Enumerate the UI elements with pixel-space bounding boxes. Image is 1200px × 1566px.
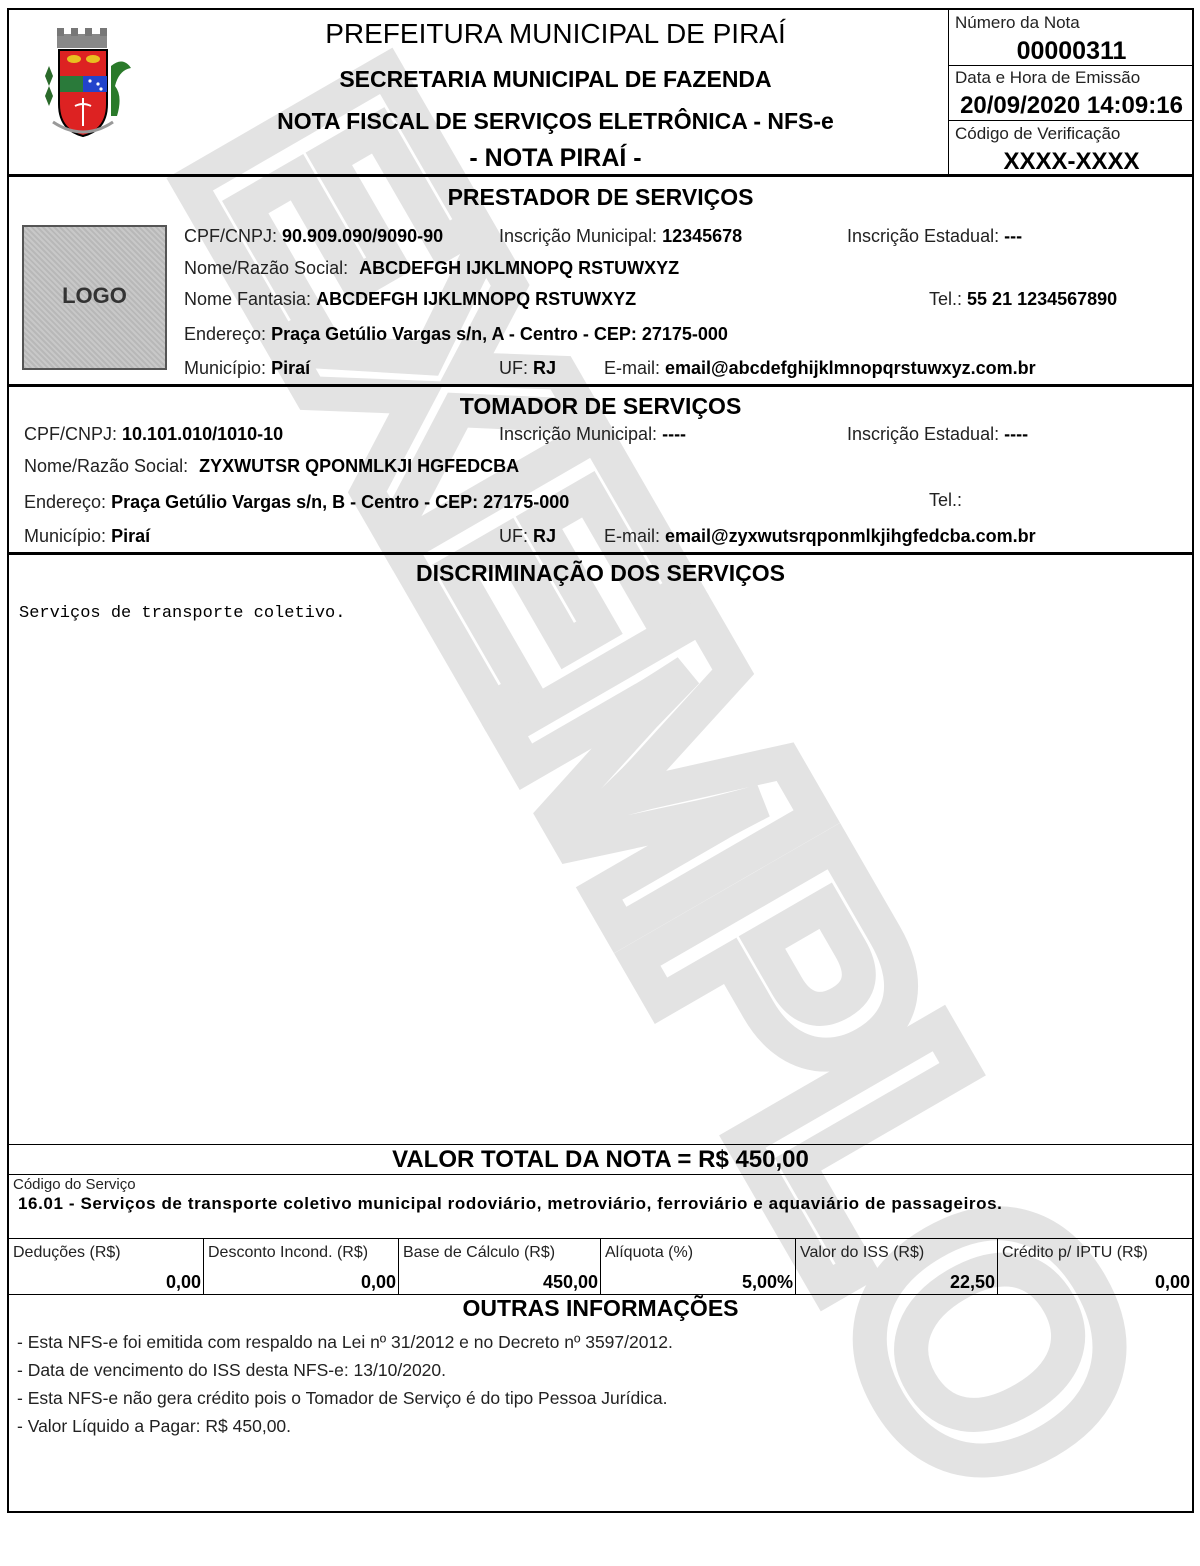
tomador-title: TOMADOR DE SERVIÇOS xyxy=(9,393,1192,420)
data-emissao-value: 20/09/2020 14:09:16 xyxy=(949,92,1194,120)
header-secretaria: SECRETARIA MUNICIPAL DE FAZENDA xyxy=(159,66,952,93)
header-nota-fiscal: NOTA FISCAL DE SERVIÇOS ELETRÔNICA - NFS… xyxy=(159,108,952,135)
codigo-servico-value: 16.01 - Serviços de transporte coletivo … xyxy=(18,1194,1003,1214)
prestador-uf-label: UF: xyxy=(499,358,528,378)
discriminacao-title: DISCRIMINAÇÃO DOS SERVIÇOS xyxy=(9,560,1192,587)
tomador-cpf-value: 10.101.010/1010-10 xyxy=(122,424,283,444)
tomador-municipio-label: Município: xyxy=(24,526,106,546)
prestador-ie-label: Inscrição Estadual: xyxy=(847,226,999,246)
valores-cell: Base de Cálculo (R$)450,00 xyxy=(399,1239,601,1295)
valores-cell-label: Desconto Incond. (R$) xyxy=(208,1244,368,1262)
tomador-email-label: E-mail: xyxy=(604,526,660,546)
nfse-document: PREFEITURA MUNICIPAL DE PIRAÍ SECRETARIA… xyxy=(7,8,1194,1513)
tomador-nome-label: Nome/Razão Social: xyxy=(24,456,188,476)
valores-cell: Deduções (R$)0,00 xyxy=(9,1239,204,1295)
tomador-im-value: ---- xyxy=(662,424,686,444)
outras-informacoes-title: OUTRAS INFORMAÇÕES xyxy=(9,1295,1192,1322)
prestador-municipio-label: Município: xyxy=(184,358,266,378)
tomador-tel-label: Tel.: xyxy=(929,490,962,510)
discriminacao-text: Serviços de transporte coletivo. xyxy=(19,604,345,623)
outras-informacoes-line: - Data de vencimento do ISS desta NFS-e:… xyxy=(17,1356,673,1384)
valores-cell-value: 0,00 xyxy=(166,1272,201,1293)
prestador-im-label: Inscrição Municipal: xyxy=(499,226,657,246)
tomador-cpf-label: CPF/CNPJ: xyxy=(24,424,117,444)
header-prefeitura: PREFEITURA MUNICIPAL DE PIRAÍ xyxy=(159,18,952,50)
prestador-email-label: E-mail: xyxy=(604,358,660,378)
prestador-ie-value: --- xyxy=(1004,226,1022,246)
tomador-municipio-value: Piraí xyxy=(111,526,150,546)
valores-cell-label: Base de Cálculo (R$) xyxy=(403,1244,555,1262)
tomador-nome-value: ZYXWUTSR QPONMLKJI HGFEDCBA xyxy=(199,456,519,476)
valores-cell-value: 22,50 xyxy=(950,1272,995,1293)
numero-nota-label: Número da Nota xyxy=(955,13,1080,33)
prestador-nome-label: Nome/Razão Social: xyxy=(184,258,348,278)
tomador-endereco-label: Endereço: xyxy=(24,492,106,512)
prestador-cpf-value: 90.909.090/9090-90 xyxy=(282,226,443,246)
valores-cell: Desconto Incond. (R$)0,00 xyxy=(204,1239,399,1295)
valores-cell: Alíquota (%)5,00% xyxy=(601,1239,796,1295)
prestador-cpf-label: CPF/CNPJ: xyxy=(184,226,277,246)
valores-cell-value: 0,00 xyxy=(361,1272,396,1293)
tomador-uf-label: UF: xyxy=(499,526,528,546)
header-nota-pirai: - NOTA PIRAÍ - xyxy=(159,144,952,173)
codigo-verificacao-value: XXXX-XXXX xyxy=(949,148,1194,176)
valores-cell: Crédito p/ IPTU (R$)0,00 xyxy=(998,1239,1192,1295)
prestador-fantasia-value: ABCDEFGH IJKLMNOPQ RSTUWXYZ xyxy=(316,289,636,309)
logo-placeholder-text: LOGO xyxy=(24,283,165,309)
prestador-nome-value: ABCDEFGH IJKLMNOPQ RSTUWXYZ xyxy=(359,258,679,278)
prestador-tel-value: 55 21 1234567890 xyxy=(967,289,1117,309)
outras-informacoes-line: - Esta NFS-e não gera crédito pois o Tom… xyxy=(17,1384,673,1412)
outras-informacoes-line: - Esta NFS-e foi emitida com respaldo na… xyxy=(17,1328,673,1356)
valores-cell-label: Valor do ISS (R$) xyxy=(800,1244,924,1262)
valores-cell-value: 450,00 xyxy=(543,1272,598,1293)
valores-cell-label: Deduções (R$) xyxy=(13,1244,121,1262)
prestador-email-value: email@abcdefghijklmnopqrstuwxyz.com.br xyxy=(665,358,1036,378)
prestador-fantasia-label: Nome Fantasia: xyxy=(184,289,311,309)
prestador-endereco-value: Praça Getúlio Vargas s/n, A - Centro - C… xyxy=(271,324,728,344)
tomador-endereco-value: Praça Getúlio Vargas s/n, B - Centro - C… xyxy=(111,492,569,512)
codigo-verificacao-label: Código de Verificação xyxy=(955,124,1120,144)
tomador-ie-value: ---- xyxy=(1004,424,1028,444)
tomador-im-label: Inscrição Municipal: xyxy=(499,424,657,444)
valores-cell-value: 0,00 xyxy=(1155,1272,1190,1293)
outras-informacoes-line: - Valor Líquido a Pagar: R$ 450,00. xyxy=(17,1412,673,1440)
valores-table: Deduções (R$)0,00Desconto Incond. (R$)0,… xyxy=(9,1239,1192,1295)
prestador-title: PRESTADOR DE SERVIÇOS xyxy=(9,184,1192,211)
valor-total: VALOR TOTAL DA NOTA = R$ 450,00 xyxy=(9,1146,1192,1174)
valores-cell-label: Crédito p/ IPTU (R$) xyxy=(1002,1244,1148,1262)
valores-cell-value: 5,00% xyxy=(742,1272,793,1293)
company-logo: LOGO xyxy=(22,225,167,370)
codigo-servico-label: Código do Serviço xyxy=(13,1176,136,1193)
prestador-municipio-value: Piraí xyxy=(271,358,310,378)
valores-cell-label: Alíquota (%) xyxy=(605,1244,693,1262)
numero-nota-value: 00000311 xyxy=(949,37,1194,66)
tomador-email-value: email@zyxwutsrqponmlkjihgfedcba.com.br xyxy=(665,526,1036,546)
data-emissao-label: Data e Hora de Emissão xyxy=(955,68,1140,88)
prestador-im-value: 12345678 xyxy=(662,226,742,246)
prestador-tel-label: Tel.: xyxy=(929,289,962,309)
tomador-uf-value: RJ xyxy=(533,526,556,546)
coat-of-arms-icon xyxy=(23,26,141,144)
tomador-ie-label: Inscrição Estadual: xyxy=(847,424,999,444)
valores-cell: Valor do ISS (R$)22,50 xyxy=(796,1239,998,1295)
prestador-uf-value: RJ xyxy=(533,358,556,378)
prestador-endereco-label: Endereço: xyxy=(184,324,266,344)
outras-informacoes-list: - Esta NFS-e foi emitida com respaldo na… xyxy=(17,1328,673,1440)
